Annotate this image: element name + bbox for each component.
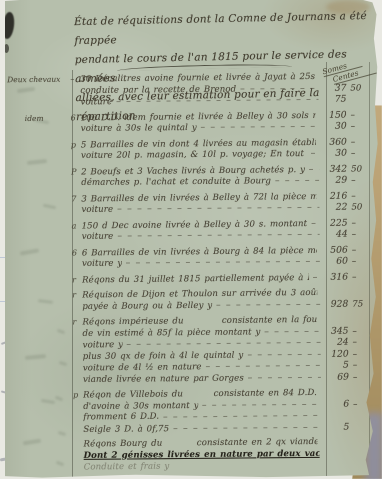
margin-note: [5, 298, 72, 299]
amount-centimes: –: [349, 372, 372, 384]
margin-note: [6, 371, 73, 372]
leader-dashes: [309, 167, 319, 171]
margin-note: [7, 447, 74, 448]
amount-francs: 69: [325, 371, 349, 383]
margin-note: [4, 174, 71, 175]
amount-francs: 150: [323, 109, 347, 121]
amount-centimes: –: [349, 360, 372, 372]
amount-francs: 24: [325, 337, 349, 349]
leader-dashes: [173, 425, 321, 430]
entry-text: voiture: [81, 205, 113, 217]
entry-mark: 7: [71, 193, 81, 205]
entry-text: 100 D.D. idem fournie et livrée à Belley…: [81, 110, 316, 124]
scan-area: État de réquisitions dont la Comne de Jo…: [0, 0, 382, 479]
amount-centimes: –: [347, 175, 370, 187]
amount-francs: 44: [324, 229, 348, 241]
margin-note: [6, 432, 73, 433]
entry-group: a150 d Dec avoine livrée à Belley à 30 s…: [5, 217, 371, 243]
entry-mark: a: [72, 220, 82, 232]
margin-note: [5, 282, 72, 283]
entry-row: p5 Barrailles de vin dont 4 livrées au m…: [4, 136, 370, 151]
leader-dashes: [240, 86, 318, 91]
margin-note: [7, 458, 74, 459]
entry-text: 3 Barrailles de vin livrées à Belley à 7…: [81, 191, 316, 205]
amount-francs: 928: [324, 298, 348, 310]
entry-group: 66 Barrailles de vin livrées à Bourg à 8…: [5, 244, 371, 270]
entry-text: voiture de 4l ½ en nature: [83, 362, 202, 375]
entry-group: Deux chevaux–30 Décalitres avoine fourni…: [3, 70, 369, 108]
amount-centimes: 50: [347, 202, 370, 214]
entry-row: rRéqons du 31 juillet 1815 partiellement…: [5, 271, 371, 286]
amount-francs: 225: [324, 217, 348, 229]
margin-note: [4, 201, 71, 202]
margin-note: [5, 325, 72, 326]
leader-dashes: [311, 152, 319, 156]
amount-centimes: –: [348, 229, 371, 241]
amount-francs: 5: [325, 421, 349, 433]
leader-dashes: [264, 329, 320, 333]
entry-text: 5 Barrailles de vin dont 4 livrées au ma…: [81, 137, 316, 151]
entry-group: idem6100 D.D. idem fournie et livrée à B…: [4, 109, 370, 135]
ink-blot-small: [4, 44, 9, 53]
entry-text: 2 Boeufs et 3 Vaches livrés à Bourg ache…: [81, 165, 305, 179]
amount-francs: 29: [323, 175, 347, 187]
leader-dashes: [206, 364, 321, 369]
entry-group: p5 Barrailles de vin dont 4 livrées au m…: [4, 136, 370, 162]
entry-text: 150 d Dec avoine livrée à Belley à 30 s.…: [82, 219, 308, 233]
leader-dashes: [201, 125, 319, 130]
entry-text: Seigle 3 D. à 0f,75: [83, 424, 169, 436]
leader-dashes: [216, 302, 320, 307]
entry-mark: p: [71, 139, 81, 151]
entry-mark: r: [72, 274, 82, 286]
margin-note: [6, 409, 73, 410]
margin-note: idem: [4, 112, 71, 124]
leader-dashes: [313, 275, 320, 279]
leader-dashes: [312, 221, 320, 225]
amount-francs: 60: [324, 256, 348, 268]
margin-note: [5, 255, 72, 256]
leader-dashes: [275, 179, 319, 183]
leader-dashes: [203, 402, 322, 407]
entry-mark: P: [71, 166, 81, 178]
margin-note: [6, 398, 73, 399]
scan-background: { "document": { "title_lines": [ "État d…: [0, 0, 382, 479]
margin-note: [4, 147, 71, 148]
title-line-1: État de réquisitions dont la Comne de Jo…: [74, 7, 370, 51]
margin-note: [7, 470, 74, 471]
margin-note: [6, 359, 73, 360]
margin-note: Deux chevaux: [3, 74, 70, 86]
margin-note: [6, 348, 73, 349]
entry-row: 73 Barrailles de vin livrées à Belley à …: [4, 190, 370, 205]
entry-text: Conduite et frais y: [84, 462, 170, 474]
entry-text: voiture y: [82, 259, 123, 271]
amount-francs: 30: [323, 148, 347, 160]
ink-blot: [1, 11, 16, 39]
leader-dashes: [116, 98, 318, 104]
entry-text: Réqons du 31 juillet 1815 partiellement …: [82, 272, 309, 286]
amount-francs: 120: [325, 348, 349, 360]
amount-francs: 22: [323, 202, 347, 214]
amount-centimes: 75: [348, 299, 371, 311]
entry-mark: r: [72, 289, 82, 301]
amount-francs: 506: [324, 244, 348, 256]
entry-text: 6 Barrailles de vin livrées à Bourg à 84…: [82, 245, 317, 259]
entry-mark: 6: [72, 247, 82, 259]
entry-mark: p: [73, 389, 83, 401]
margin-note: [6, 336, 73, 337]
paper: État de réquisitions dont la Comne de Jo…: [5, 0, 378, 479]
amount-centimes: –: [348, 245, 371, 257]
leader-dashes: [117, 233, 319, 239]
entry-text: voiture: [80, 97, 112, 109]
amount-francs: 37: [322, 82, 346, 94]
amount-francs: 345: [324, 325, 348, 337]
amount-francs: 316: [324, 271, 348, 283]
amount-centimes: –: [348, 272, 371, 284]
amount-francs: 75: [322, 94, 346, 106]
leader-dashes: [247, 352, 320, 357]
entry-group: Réqons Bourg du consistante en 2 qx vian…: [6, 436, 372, 474]
margin-note: [4, 158, 71, 159]
entry-mark: –: [70, 73, 80, 85]
entry-group: 73 Barrailles de vin livrées à Belley à …: [4, 190, 370, 216]
amount-centimes: –: [348, 218, 371, 230]
amount-centimes: –: [347, 110, 370, 122]
amount-centimes: 50: [347, 164, 370, 176]
margin-note: [6, 382, 73, 383]
margin-note: [6, 420, 73, 421]
entry-text: payée à Bourg ou à Belley y: [82, 300, 212, 313]
leader-dashes: [126, 260, 320, 266]
amount-centimes: –: [348, 256, 371, 268]
entry-group: P2 Boeufs et 3 Vaches livrés à Bourg ach…: [4, 163, 370, 189]
leader-spacer: [169, 467, 325, 469]
entry-group: pRéqon de Villebois du consistante en 84…: [6, 386, 372, 435]
margin-note: [4, 131, 71, 132]
entry-text: voiture y: [83, 340, 124, 352]
amount-centimes: –: [347, 137, 370, 149]
leader-dashes: [127, 341, 321, 347]
margin-note: [4, 105, 71, 106]
margin-note: [5, 228, 72, 229]
amount-francs: 6: [325, 398, 349, 410]
leader-dashes: [248, 375, 321, 380]
entry-text: voiture à 30s le quintal y: [81, 123, 197, 136]
amount-centimes: –: [347, 148, 370, 160]
amount-centimes: –: [349, 337, 372, 349]
entry-group: rRéqons impérieuse du consistante en la …: [5, 313, 372, 385]
entries: Deux chevaux–30 Décalitres avoine fourni…: [3, 70, 372, 474]
margin-note: [5, 309, 72, 310]
amount-centimes: –: [347, 121, 370, 133]
entry-mark: 6: [71, 112, 81, 124]
margin-note: [4, 185, 71, 186]
entry-row: 66 Barrailles de vin livrées à Bourg à 8…: [5, 244, 371, 259]
leader-dashes: [117, 206, 319, 212]
margin-note: [5, 266, 72, 267]
amount-centimes: –: [347, 191, 370, 203]
amount-francs: 30: [323, 121, 347, 133]
entry-group: rRéquison de Dijon et Thoulon sur arrivé…: [5, 286, 371, 312]
margin-note: [4, 212, 71, 213]
manuscript-sheet: État de réquisitions dont la Comne de Jo…: [5, 0, 378, 479]
margin-note: [5, 239, 72, 240]
amount-francs: 216: [323, 190, 347, 202]
entry-row: idem6100 D.D. idem fournie et livrée à B…: [4, 109, 370, 124]
amount-francs: 5: [325, 360, 349, 372]
amount-francs: 360: [323, 136, 347, 148]
entry-text: voiture: [82, 232, 114, 244]
margin-note: [3, 93, 70, 94]
entry-mark: r: [72, 316, 82, 328]
amount-francs: 342: [323, 163, 347, 175]
leader-dashes: [163, 414, 321, 420]
entry-text: fromment 6 D.D.: [83, 412, 159, 424]
entry-group: rRéqons du 31 juillet 1815 partiellement…: [5, 271, 371, 286]
entry-text: viande livrée en nature par Gorges: [83, 373, 244, 386]
